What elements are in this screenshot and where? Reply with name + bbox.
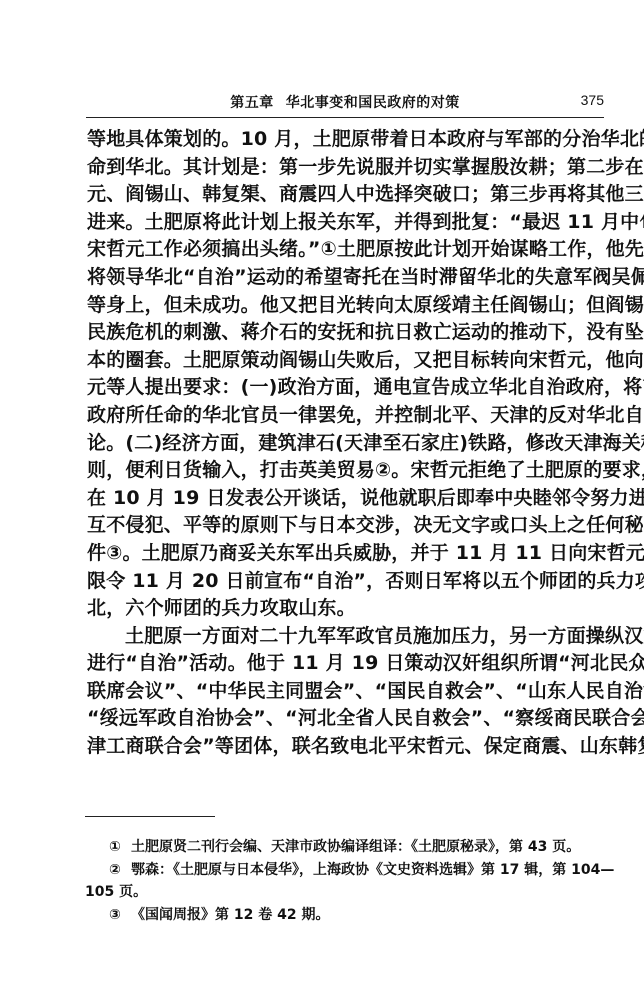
footnote-marker: ① xyxy=(109,836,131,859)
footnote-separator xyxy=(85,816,215,817)
text-line: 民族危机的刺激、蒋介石的安抚和抗日救亡运动的推动下，没有坠入日 xyxy=(87,319,603,347)
footnote-marker: ③ xyxy=(109,904,131,927)
page-number: 375 xyxy=(581,92,604,108)
text-line: 进行“自治”活动。他于 11 月 19 日策动汉奸组织所谓“河北民众代表 xyxy=(87,650,603,678)
header-rule xyxy=(86,117,604,118)
footnote-marker: ② xyxy=(109,859,131,882)
text-line: 进来。土肥原将此计划上报关东军，并得到批复：“最迟 11 月中旬，对 xyxy=(87,209,603,237)
chapter-heading: 第五章华北事变和国民政府的对策 xyxy=(86,92,604,112)
text-line: 论。(二)经济方面，建筑津石(天津至石家庄)铁路，修改天津海关税 xyxy=(87,430,603,458)
text-line: 等地具体策划的。10 月，土肥原带着日本政府与军部的分治华北的使 xyxy=(87,126,603,154)
text-line: 将领导华北“自治”运动的希望寄托在当时滞留华北的失意军阀吴佩孚 xyxy=(87,264,603,292)
chapter-title: 华北事变和国民政府的对策 xyxy=(286,95,460,111)
footnotes: ①土肥原贤二刊行会编、天津市政协编译组译：《土肥原秘录》，第 43 页。 ②鄂森… xyxy=(85,836,605,926)
text-line: 等身上，但未成功。他又把目光转向太原绥靖主任阎锡山；但阎锡山在 xyxy=(87,292,603,320)
text-line: 北，六个师团的兵力攻取山东。 xyxy=(87,595,603,623)
text-line: 联席会议”、“中华民主同盟会”、“国民自救会”、“山东人民自治协会”、 xyxy=(87,678,603,706)
text-line: 元等人提出要求：(一)政治方面，通电宣告成立华北自治政府，将南京 xyxy=(87,374,603,402)
text-line: 件③。土肥原乃商妥关东军出兵威胁，并于 11 月 11 日向宋哲元提出 xyxy=(87,540,603,568)
footnote-text: 《国闻周报》第 12 卷 42 期。 xyxy=(131,904,329,927)
footnote-2: ②鄂森：《土肥原与日本侵华》，上海政协《文史资料选辑》第 17 辑，第 104— xyxy=(85,859,605,882)
text-line: 限令 11 月 20 日前宣布“自治”，否则日军将以五个师团的兵力攻取河 xyxy=(87,568,603,596)
text-line: 宋哲元工作必须搞出头绪。”①土肥原按此计划开始谋略工作，他先是 xyxy=(87,236,603,264)
footnote-text: 土肥原贤二刊行会编、天津市政协编译组译：《土肥原秘录》，第 43 页。 xyxy=(131,836,580,859)
text-line: 政府所任命的华北官员一律罢免，并控制北平、天津的反对华北自治言 xyxy=(87,402,603,430)
text-line: 互不侵犯、平等的原则下与日本交涉，决无文字或口头上之任何秘密条 xyxy=(87,512,603,540)
text-line: 本的圈套。土肥原策动阎锡山失败后，又把目标转向宋哲元，他向宋哲 xyxy=(87,347,603,375)
text-line: 元、阎锡山、韩复榘、商震四人中选择突破口；第三步再将其他三人包括 xyxy=(87,181,603,209)
footnote-2-continuation: 105 页。 xyxy=(85,881,605,904)
footnote-3: ③《国闻周报》第 12 卷 42 期。 xyxy=(85,904,605,927)
chapter-number: 第五章 xyxy=(230,95,274,111)
body-text: 等地具体策划的。10 月，土肥原带着日本政府与军部的分治华北的使 命到华北。其计… xyxy=(87,126,603,761)
book-page: 第五章华北事变和国民政府的对策 375 等地具体策划的。10 月，土肥原带着日本… xyxy=(0,0,644,1000)
text-line: 则，便利日货输入，打击英美贸易②。宋哲元拒绝了土肥原的要求，并 xyxy=(87,457,603,485)
text-line: 命到华北。其计划是：第一步先说服并切实掌握殷汝耕；第二步在宋哲 xyxy=(87,154,603,182)
text-line: 津工商联合会”等团体，联名致电北平宋哲元、保定商震、山东韩复榘、 xyxy=(87,733,603,761)
paragraph-start-line: 土肥原一方面对二十九军军政官员施加压力，另一方面操纵汉奸 xyxy=(87,623,603,651)
running-header: 第五章华北事变和国民政府的对策 375 xyxy=(86,90,604,112)
footnote-1: ①土肥原贤二刊行会编、天津市政协编译组译：《土肥原秘录》，第 43 页。 xyxy=(85,836,605,859)
text-line: “绥远军政自治协会”、“河北全省人民自救会”、“察绥商民联合会”、“天 xyxy=(87,705,603,733)
text-line: 在 10 月 19 日发表公开谈话，说他就职后即奉中央睦邻令努力进行，在 xyxy=(87,485,603,513)
footnote-text: 鄂森：《土肥原与日本侵华》，上海政协《文史资料选辑》第 17 辑，第 104— xyxy=(131,859,614,882)
